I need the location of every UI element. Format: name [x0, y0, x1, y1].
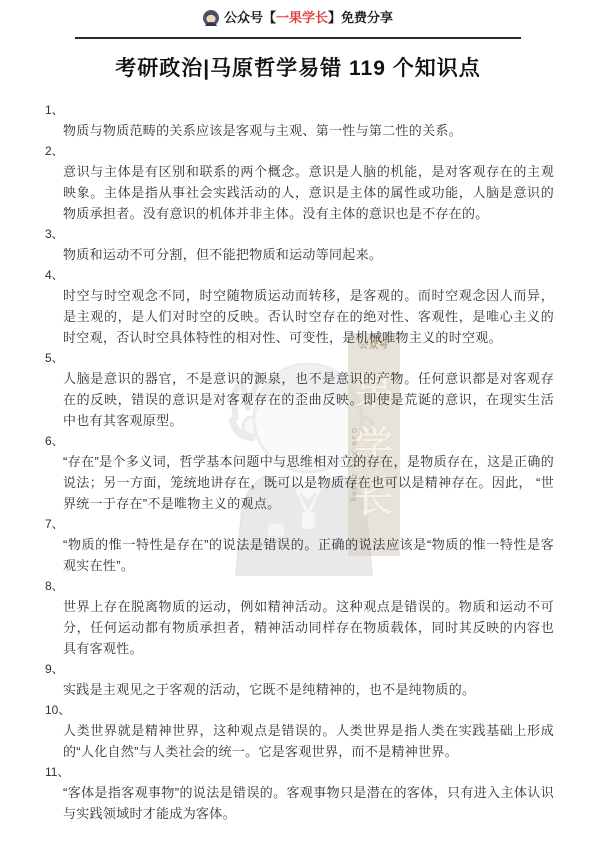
item-text: 时空与时空观念不同，时空随物质运动而转移，是客观的。而时空观念因人而异，是主观的…	[63, 285, 554, 348]
item-text: “客体是指客观事物”的说法是错误的。客观事物只是潜在的客体，只有进入主体认识与实…	[63, 782, 554, 824]
item-text: 物质与物质范畴的关系应该是客观与主观、第一性与第二性的关系。	[63, 120, 554, 141]
list-item: 2、 意识与主体是有区别和联系的两个概念。意识是人脑的机能，是对客观存在的主观映…	[0, 141, 596, 224]
list-item: 7、 “物质的惟一特性是存在”的说法是错误的。正确的说法应该是“物质的惟一特性是…	[0, 514, 596, 576]
item-number: 3、	[45, 224, 596, 244]
header-text-suffix: 】免费分享	[328, 10, 393, 25]
list-item: 3、 物质和运动不可分割，但不能把物质和运动等同起来。	[0, 224, 596, 265]
list-item: 11、 “客体是指客观事物”的说法是错误的。客观事物只是潜在的客体，只有进入主体…	[0, 762, 596, 824]
document-page: 公众号 果 学 长 Guo Xue Zhang 公众号【一果学长】免费分享 考研…	[0, 0, 596, 842]
item-text: 世界上存在脱离物质的运动，例如精神活动。这种观点是错误的。物质和运动不可分，任何…	[63, 596, 554, 659]
item-text: 人类世界就是精神世界，这种观点是错误的。人类世界是指人类在实践基础上形成的“人化…	[63, 720, 554, 762]
list-item: 6、 “存在”是个多义词，哲学基本问题中与思维相对立的存在，是物质存在，这是正确…	[0, 431, 596, 514]
item-number: 9、	[45, 659, 596, 679]
item-text: “物质的惟一特性是存在”的说法是错误的。正确的说法应该是“物质的惟一特性是客观实…	[63, 534, 554, 576]
list-item: 9、 实践是主观见之于客观的活动，它既不是纯精神的，也不是纯物质的。	[0, 659, 596, 700]
item-number: 2、	[45, 141, 596, 161]
item-number: 1、	[45, 100, 596, 120]
item-text: “存在”是个多义词，哲学基本问题中与思维相对立的存在，是物质存在，这是正确的说法…	[63, 451, 554, 514]
item-text: 物质和运动不可分割，但不能把物质和运动等同起来。	[63, 244, 554, 265]
item-text: 意识与主体是有区别和联系的两个概念。意识是人脑的机能，是对客观存在的主观映象。主…	[63, 161, 554, 224]
brand-avatar-icon	[203, 10, 219, 30]
header-text-prefix: 公众号【	[224, 10, 276, 25]
item-number: 11、	[45, 762, 596, 782]
page-header: 公众号【一果学长】免费分享	[75, 0, 521, 39]
list-item: 4、 时空与时空观念不同，时空随物质运动而转移，是客观的。而时空观念因人而异，是…	[0, 265, 596, 348]
item-number: 6、	[45, 431, 596, 451]
page-title: 考研政治|马原哲学易错 119 个知识点	[0, 55, 596, 83]
item-text: 实践是主观见之于客观的活动，它既不是纯精神的，也不是纯物质的。	[63, 679, 554, 700]
item-number: 7、	[45, 514, 596, 534]
header-brand-name: 一果学长	[276, 10, 328, 25]
item-number: 10、	[45, 700, 596, 720]
knowledge-point-list: 1、 物质与物质范畴的关系应该是客观与主观、第一性与第二性的关系。 2、 意识与…	[0, 100, 596, 824]
list-item: 10、 人类世界就是精神世界，这种观点是错误的。人类世界是指人类在实践基础上形成…	[0, 700, 596, 762]
list-item: 5、 人脑是意识的器官，不是意识的源泉，也不是意识的产物。任何意识都是对客观存在…	[0, 348, 596, 431]
item-number: 4、	[45, 265, 596, 285]
list-item: 8、 世界上存在脱离物质的运动，例如精神活动。这种观点是错误的。物质和运动不可分…	[0, 576, 596, 659]
item-number: 5、	[45, 348, 596, 368]
item-number: 8、	[45, 576, 596, 596]
item-text: 人脑是意识的器官，不是意识的源泉，也不是意识的产物。任何意识都是对客观存在的反映…	[63, 368, 554, 431]
list-item: 1、 物质与物质范畴的关系应该是客观与主观、第一性与第二性的关系。	[0, 100, 596, 141]
